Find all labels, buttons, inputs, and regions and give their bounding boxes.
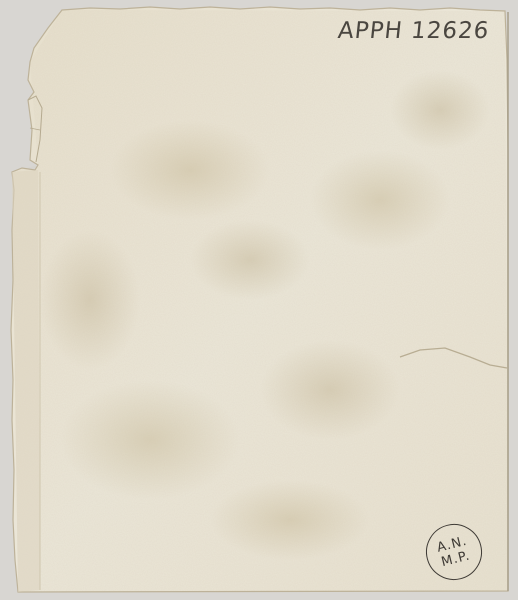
accession-number: APPH 12626	[337, 18, 491, 44]
paper-sheet	[0, 0, 518, 600]
